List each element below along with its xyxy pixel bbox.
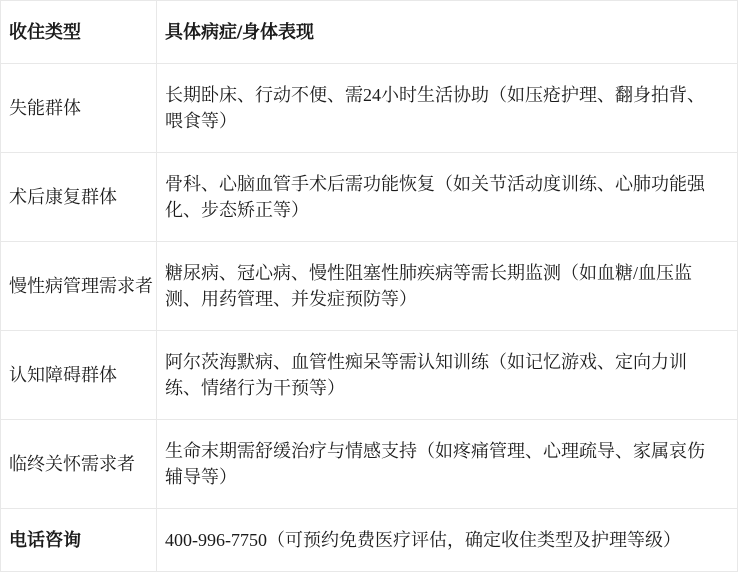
symptoms-text: 骨科、心脑血管手术后需功能恢复（如关节活动度训练、心肺功能强化、步态矫正等）: [157, 153, 738, 242]
admission-type-label: 失能群体: [1, 64, 157, 153]
column-header-symptoms: 具体病症/身体表现: [157, 1, 738, 64]
phone-consultation-label: 电话咨询: [1, 509, 157, 572]
table-row-phone-consultation: 电话咨询 400-996-7750（可预约免费医疗评估，确定收住类型及护理等级）: [1, 509, 738, 572]
admission-type-label: 临终关怀需求者: [1, 420, 157, 509]
table-row-disability-care: 失能群体 长期卧床、行动不便、需24小时生活协助（如压疮护理、翻身拍背、喂食等）: [1, 64, 738, 153]
table-header-row: 收住类型 具体病症/身体表现: [1, 1, 738, 64]
table-row-postoperative-rehab: 术后康复群体 骨科、心脑血管手术后需功能恢复（如关节活动度训练、心肺功能强化、步…: [1, 153, 738, 242]
column-header-admission-type: 收住类型: [1, 1, 157, 64]
admission-type-table: 收住类型 具体病症/身体表现 失能群体 长期卧床、行动不便、需24小时生活协助（…: [0, 0, 738, 572]
admission-type-label: 认知障碍群体: [1, 331, 157, 420]
table-row-cognitive-impairment: 认知障碍群体 阿尔茨海默病、血管性痴呆等需认知训练（如记忆游戏、定向力训练、情绪…: [1, 331, 738, 420]
table-row-chronic-disease: 慢性病管理需求者 糖尿病、冠心病、慢性阻塞性肺疾病等需长期监测（如血糖/血压监测…: [1, 242, 738, 331]
symptoms-text: 糖尿病、冠心病、慢性阻塞性肺疾病等需长期监测（如血糖/血压监测、用药管理、并发症…: [157, 242, 738, 331]
admission-type-label: 慢性病管理需求者: [1, 242, 157, 331]
symptoms-text: 阿尔茨海默病、血管性痴呆等需认知训练（如记忆游戏、定向力训练、情绪行为干预等）: [157, 331, 738, 420]
symptoms-text: 生命末期需舒缓治疗与情感支持（如疼痛管理、心理疏导、家属哀伤辅导等）: [157, 420, 738, 509]
table-row-hospice-care: 临终关怀需求者 生命末期需舒缓治疗与情感支持（如疼痛管理、心理疏导、家属哀伤辅导…: [1, 420, 738, 509]
admission-type-label: 术后康复群体: [1, 153, 157, 242]
phone-number-text: 400-996-7750（可预约免费医疗评估，确定收住类型及护理等级）: [157, 509, 738, 572]
symptoms-text: 长期卧床、行动不便、需24小时生活协助（如压疮护理、翻身拍背、喂食等）: [157, 64, 738, 153]
